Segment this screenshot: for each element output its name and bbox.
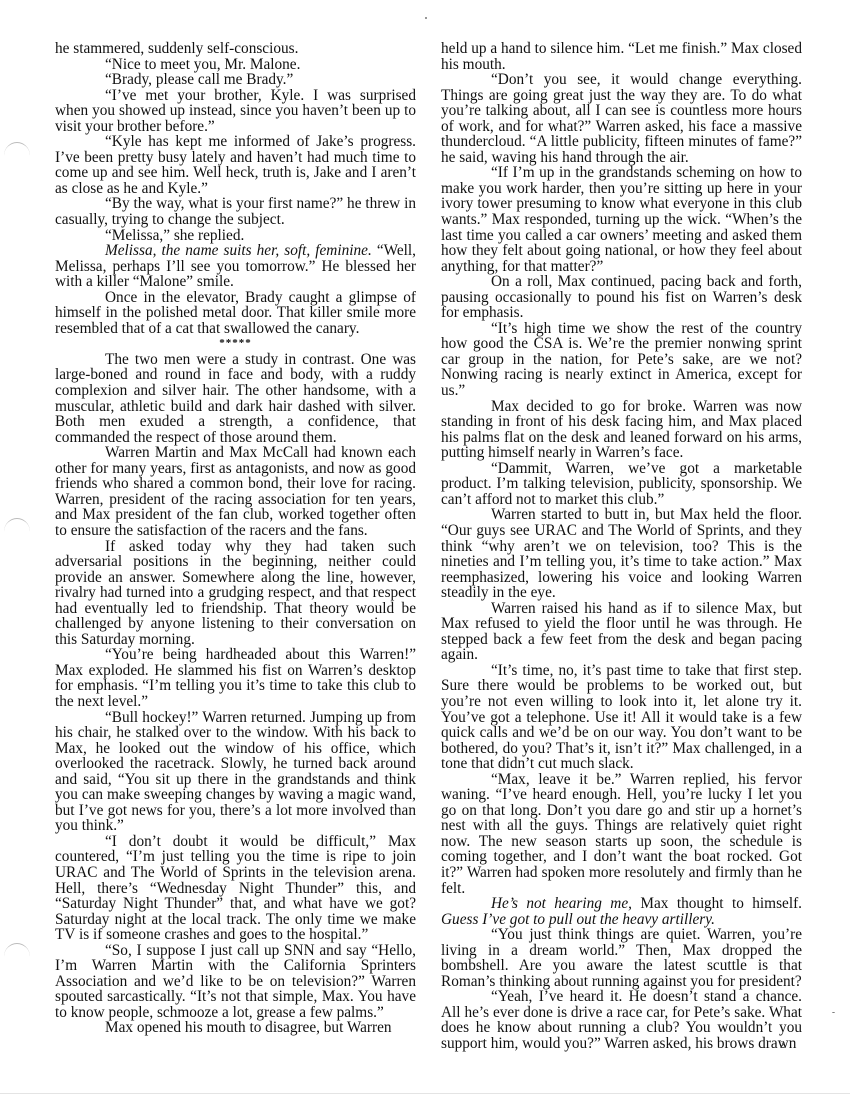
paragraph: Melissa, the name suits her, soft, femin… [55, 243, 416, 290]
paragraph: Max decided to go for broke. Warren was … [441, 399, 802, 461]
paragraph: “So, I suppose I just call up SNN and sa… [55, 943, 416, 1021]
paragraph: “Max, leave it be.” Warren replied, his … [441, 772, 802, 896]
paragraph: Warren started to butt in, but Max held … [441, 507, 802, 600]
paragraph-text: Max thought to himself. [632, 895, 802, 912]
italic-thought: Guess I’ve got to pull out the heavy art… [441, 911, 715, 928]
scan-speck [832, 1012, 835, 1013]
paragraph: “Melissa,” she replied. [55, 228, 416, 244]
paragraph: He’s not hearing me, Max thought to hims… [441, 896, 802, 927]
paragraph: “Don’t you see, it would change everythi… [441, 72, 802, 165]
paragraph: On a roll, Max continued, pacing back an… [441, 274, 802, 321]
left-column: he stammered, suddenly self-conscious. “… [55, 41, 416, 1036]
paragraph: “It’s time, no, it’s past time to take t… [441, 663, 802, 772]
paragraph: he stammered, suddenly self-conscious. [55, 41, 416, 57]
paragraph: “You just think things are quiet. Warren… [441, 927, 802, 989]
scan-artifact [4, 142, 30, 169]
paragraph: The two men were a study in contrast. On… [55, 352, 416, 445]
paragraph: “By the way, what is your first name?” h… [55, 196, 416, 227]
right-column: held up a hand to silence him. “Let me f… [441, 41, 802, 1052]
paragraph: “If I’m up in the grandstands scheming o… [441, 165, 802, 274]
paragraph: “Kyle has kept me informed of Jake’s pro… [55, 134, 416, 196]
paragraph: Max opened his mouth to disagree, but Wa… [55, 1020, 416, 1036]
paragraph: “It’s high time we show the rest of the … [441, 321, 802, 399]
scan-artifact [4, 943, 30, 970]
paragraph: “Brady, please call me Brady.” [55, 72, 416, 88]
paragraph: “I’ve met your brother, Kyle. I was surp… [55, 88, 416, 135]
paragraph: Once in the elevator, Brady caught a gli… [55, 290, 416, 337]
document-page: he stammered, suddenly self-conscious. “… [0, 0, 850, 1100]
paragraph: held up a hand to silence him. “Let me f… [441, 41, 802, 72]
paragraph: “Dammit, Warren, we’ve got a marketable … [441, 461, 802, 508]
paragraph: Warren raised his hand as if to silence … [441, 601, 802, 663]
scan-edge-line [0, 1093, 850, 1094]
scan-artifact [4, 518, 30, 545]
italic-thought: He’s not hearing me, [491, 895, 632, 912]
paragraph: If asked today why they had taken such a… [55, 539, 416, 648]
paragraph: “Yeah, I’ve heard it. He doesn’t stand a… [441, 989, 802, 1051]
section-separator: ***** [55, 336, 416, 352]
paragraph: Warren Martin and Max McCall had known e… [55, 445, 416, 538]
paragraph: “Nice to meet you, Mr. Malone. [55, 57, 416, 73]
paragraph: “I don’t doubt it would be difficult,” M… [55, 834, 416, 943]
paragraph: “Bull hockey!” Warren returned. Jumping … [55, 710, 416, 834]
italic-thought: Melissa, the name suits her, soft, femin… [105, 242, 372, 259]
paragraph: “You’re being hardheaded about this Warr… [55, 647, 416, 709]
page-number: 2 [780, 1040, 785, 1051]
scan-speck [425, 17, 427, 19]
